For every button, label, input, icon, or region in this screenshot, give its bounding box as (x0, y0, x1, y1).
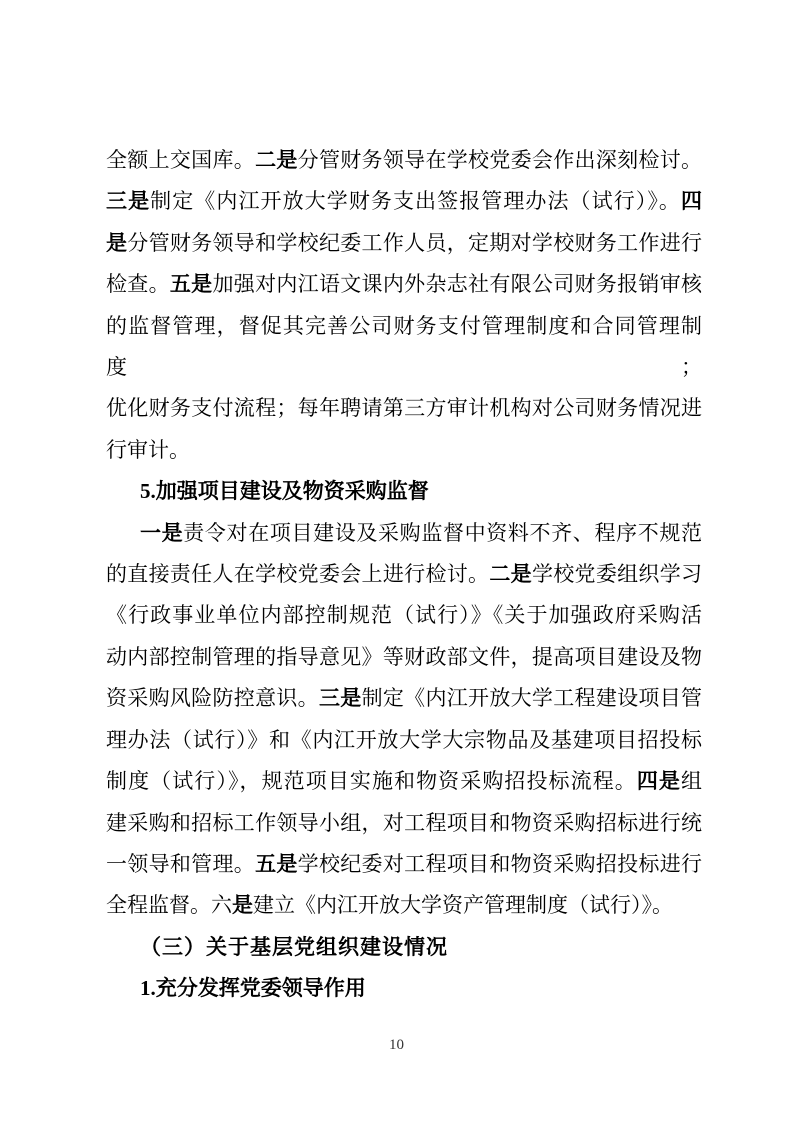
text-run: 制度（试行）》，规范项目实施和物资采购招投标流程。 (106, 770, 637, 793)
text-content: 全额上交国库。二是分管财务领导在学校党委会作出深刻检讨。三是制定《内江开放大学财… (106, 140, 702, 1010)
heading-1: 1.充分发挥党委领导作用 (106, 968, 702, 1009)
text-run: 《行政事业单位内部控制规范（试行）》《关于加强政府采购活 (106, 604, 702, 627)
bold-text-run: 三是 (106, 190, 150, 213)
bold-text-run: 是 (106, 232, 127, 255)
text-run: 建立《内江开放大学资产管理制度（试行）》。 (253, 894, 673, 917)
text-line: 动内部控制管理的指导意见》等财政部文件，提高项目建设及物 (106, 637, 702, 678)
text-run: 加强对内江语文课内外杂志社有限公司财务报销审核 (212, 273, 702, 296)
text-run: 优化财务支付流程；每年聘请第三方审计机构对公司财务情况进 (106, 397, 702, 420)
text-line: 是分管财务领导和学校纪委工作人员，定期对学校财务工作进行 (106, 223, 702, 264)
text-run: 的监督管理，督促其完善公司财务支付管理制度和合同管理制度； (106, 315, 702, 379)
text-line: 建采购和招标工作领导小组，对工程项目和物资采购招标进行统 (106, 803, 702, 844)
text-run: 检查。 (106, 273, 170, 296)
text-line: 《行政事业单位内部控制规范（试行）》《关于加强政府采购活 (106, 595, 702, 636)
text-line: 三是制定《内江开放大学财务支出签报管理办法（试行）》。四 (106, 181, 702, 222)
text-run: 学校纪委对工程项目和物资采购招投标进行 (298, 853, 702, 876)
text-line: 检查。五是加强对内江语文课内外杂志社有限公司财务报销审核 (106, 264, 702, 305)
heading-5: 5.加强项目建设及物资采购监督 (106, 471, 702, 512)
bold-text-run: 是 (232, 894, 253, 917)
text-run: 一领导和管理。 (106, 853, 255, 876)
text-line: 行审计。 (106, 430, 702, 471)
text-run: 的直接责任人在学校党委会上进行检讨。 (106, 563, 489, 586)
heading-section-3: （三）关于基层党组织建设情况 (106, 927, 702, 968)
bold-text-run: 一是 (140, 522, 183, 545)
text-line: 制度（试行）》，规范项目实施和物资采购招投标流程。四是组 (106, 761, 702, 802)
text-line: 理办法（试行）》和《内江开放大学大宗物品及基建项目招投标 (106, 720, 702, 761)
text-run: 制定《内江开放大学财务支出签报管理办法（试行）》。 (150, 190, 681, 213)
bold-text-run: 二是 (489, 563, 532, 586)
text-line: 的直接责任人在学校党委会上进行检讨。二是学校党委组织学习 (106, 554, 702, 595)
bold-text-run: 四 (681, 190, 702, 213)
text-run: 组 (681, 770, 702, 793)
text-run: 全程监督。六 (106, 894, 232, 917)
bold-text-run: （三）关于基层党组织建设情况 (140, 935, 448, 959)
text-run: 责令对在项目建设及采购监督中资料不齐、程序不规范 (183, 522, 702, 545)
bold-text-run: 五是 (255, 853, 298, 876)
text-line: 全程监督。六是建立《内江开放大学资产管理制度（试行）》。 (106, 885, 702, 926)
text-run: 学校党委组织学习 (532, 563, 702, 586)
text-line: 一是责令对在项目建设及采购监督中资料不齐、程序不规范 (106, 513, 702, 554)
bold-text-run: 1. (140, 976, 156, 1000)
text-run: 行审计。 (106, 439, 190, 462)
bold-text-run: 五是 (170, 273, 213, 296)
text-line: 的监督管理，督促其完善公司财务支付管理制度和合同管理制度； (106, 306, 702, 389)
page-number: 10 (0, 1038, 793, 1053)
text-line: 资采购风险防控意识。三是制定《内江开放大学工程建设项目管 (106, 678, 702, 719)
text-run: 动内部控制管理的指导意见》等财政部文件，提高项目建设及物 (106, 646, 702, 669)
bold-text-run: 三是 (319, 687, 362, 710)
text-run: 制定《内江开放大学工程建设项目管 (362, 687, 702, 710)
bold-text-run: 四是 (637, 770, 681, 793)
text-line: 优化财务支付流程；每年聘请第三方审计机构对公司财务情况进 (106, 388, 702, 429)
document-page: 全额上交国库。二是分管财务领导在学校党委会作出深刻检讨。三是制定《内江开放大学财… (0, 0, 793, 1122)
text-line: 一领导和管理。五是学校纪委对工程项目和物资采购招投标进行 (106, 844, 702, 885)
text-run: 分管财务领导和学校纪委工作人员，定期对学校财务工作进行 (127, 232, 702, 255)
bold-text-run: 二是 (255, 149, 298, 172)
bold-text-run: 加强项目建设及物资采购监督 (156, 480, 429, 503)
text-run: 分管财务领导在学校党委会作出深刻检讨。 (298, 149, 702, 172)
text-run: 资采购风险防控意识。 (106, 687, 319, 710)
text-line: 全额上交国库。二是分管财务领导在学校党委会作出深刻检讨。 (106, 140, 702, 181)
bold-text-run: 5. (140, 479, 156, 503)
text-run: 全额上交国库。 (106, 149, 255, 172)
text-run: 建采购和招标工作领导小组，对工程项目和物资采购招标进行统 (106, 812, 702, 835)
text-run: 理办法（试行）》和《内江开放大学大宗物品及基建项目招投标 (106, 729, 702, 752)
bold-text-run: 充分发挥党委领导作用 (156, 977, 366, 1000)
